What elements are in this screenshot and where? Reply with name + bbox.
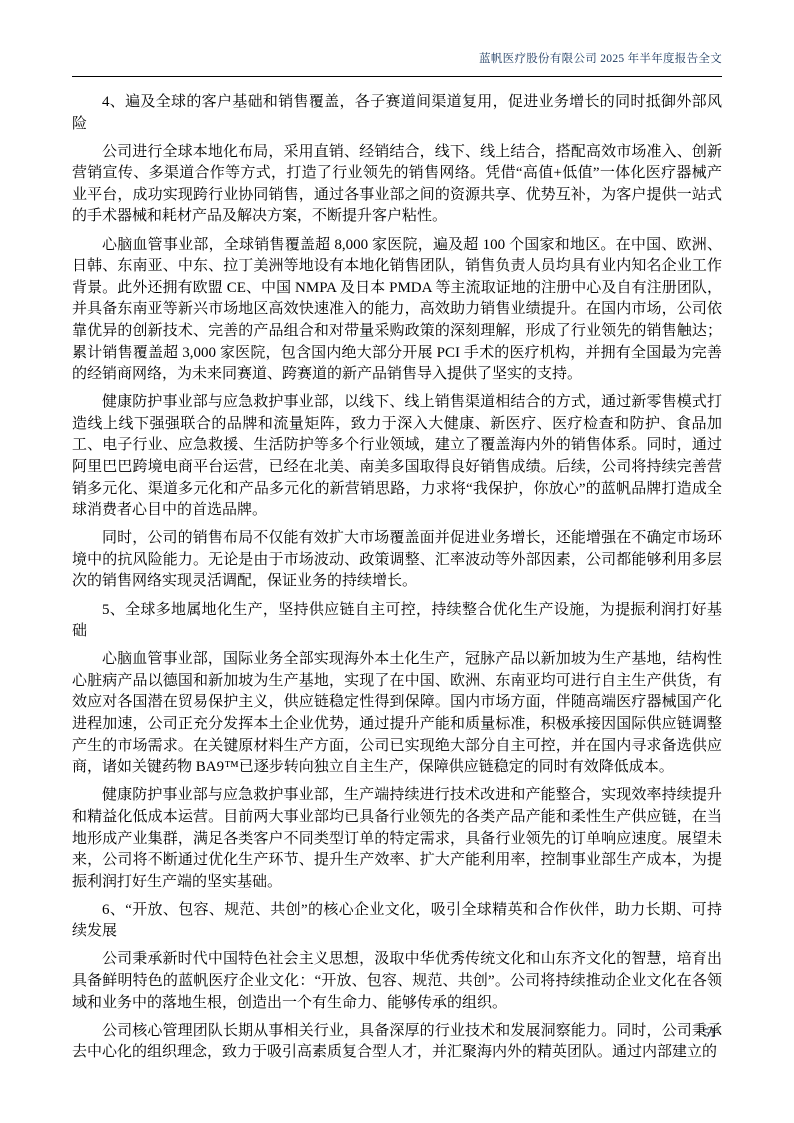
paragraph: 心脑血管事业部，国际业务全部实现海外本土化生产，冠脉产品以新加坡为生产基地，结构… bbox=[72, 649, 722, 779]
paragraph: 公司秉承新时代中国特色社会主义思想，汲取中华优秀传统文化和山东齐文化的智慧，培育… bbox=[72, 949, 722, 1014]
report-page: 蓝帆医疗股份有限公司 2025 年半年度报告全文 4、遍及全球的客户基础和销售覆… bbox=[0, 0, 794, 1123]
paragraph: 同时，公司的销售布局不仅能有效扩大市场覆盖面并促进业务增长，还能增强在不确定市场… bbox=[72, 528, 722, 593]
paragraph: 公司核心管理团队长期从事相关行业，具备深厚的行业技术和发展洞察能力。同时，公司秉… bbox=[72, 1021, 722, 1064]
paragraph: 健康防护事业部与应急救护事业部，以线下、线上销售渠道相结合的方式，通过新零售模式… bbox=[72, 392, 722, 522]
page-header: 蓝帆医疗股份有限公司 2025 年半年度报告全文 bbox=[72, 50, 722, 77]
section-heading-4: 4、遍及全球的客户基础和销售覆盖，各子赛道间渠道复用，促进业务增长的同时抵御外部… bbox=[72, 92, 722, 135]
page-header-title: 蓝帆医疗股份有限公司 2025 年半年度报告全文 bbox=[479, 53, 722, 65]
paragraph: 心脑血管事业部，全球销售覆盖超 8,000 家医院，遍及超 100 个国家和地区… bbox=[72, 235, 722, 386]
section-heading-5: 5、全球多地属地化生产，坚持供应链自主可控，持续整合优化生产设施，为提振利润打好… bbox=[72, 600, 722, 643]
paragraph: 健康防护事业部与应急救护事业部，生产端持续进行技术改进和产能整合，实现效率持续提… bbox=[72, 785, 722, 893]
section-heading-6: 6、“开放、包容、规范、共创”的核心企业文化，吸引全球精英和合作伙伴，助力长期、… bbox=[72, 900, 722, 943]
paragraph: 公司进行全球本地化布局，采用直销、经销结合，线下、线上结合，搭配高效市场准入、创… bbox=[72, 142, 722, 228]
document-body: 4、遍及全球的客户基础和销售覆盖，各子赛道间渠道复用，促进业务增长的同时抵御外部… bbox=[72, 92, 722, 1070]
page-number: 51 bbox=[704, 1026, 717, 1041]
